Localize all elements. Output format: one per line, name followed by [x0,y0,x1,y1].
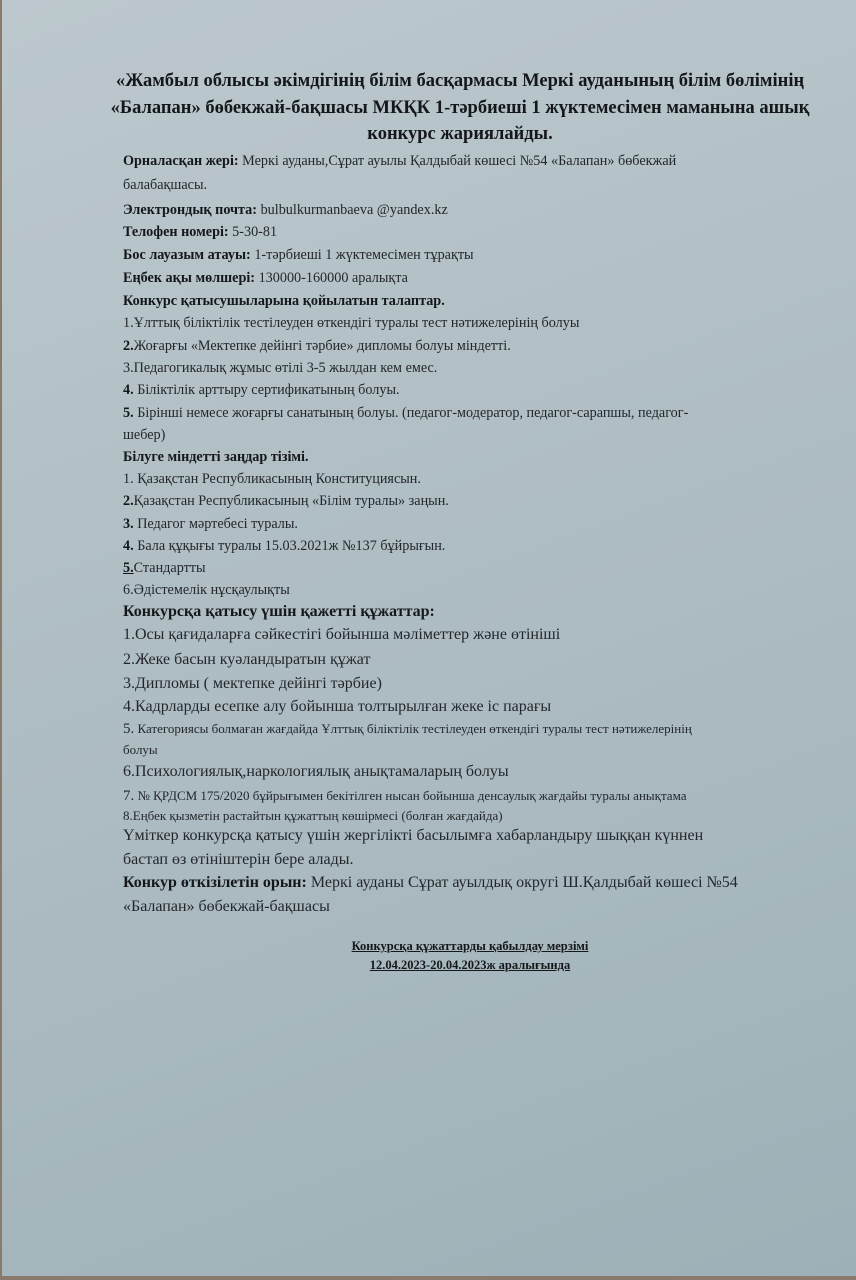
salary-label: Еңбек ақы мөлшері: [123,270,255,286]
position-label: Бос лауазым атауы: [123,247,251,263]
salary-line: Еңбек ақы мөлшері: 130000-160000 аралықт… [123,268,408,288]
law-item: 1. Қазақстан Республикасының Конституция… [123,469,421,489]
venue-line: Конкур өткізілетін орын: Меркі ауданы Сұ… [123,873,738,893]
requirement-item: 1.Ұлттық біліктілік тестілеуден өткендіг… [123,313,579,333]
document-item: 4.Кадрларды есепке алу бойынша толтырылғ… [123,697,551,717]
law-item: 4. Бала құқығы туралы 15.03.2021ж №137 б… [123,536,445,556]
title-line-2: «Балапан» бөбекжай-бақшасы МКҚК 1-тәрбие… [100,95,820,122]
location-value: Меркі ауданы,Сұрат ауылы Қалдыбай көшесі… [239,153,677,169]
document-title: «Жамбыл облысы әкімдігінің білім басқарм… [100,68,820,148]
phone-line: Телофен номері: 5-30-81 [123,222,277,242]
deadline-line-1: Конкурсқа құжаттарды қабылдау мерзімі [260,937,680,956]
law-item: 6.Әдістемелік нұсқаулықты [123,580,290,600]
document-item: 7. № ҚРДСМ 175/2020 бұйрығымен бекітілге… [123,786,686,806]
law-item: 5.Стандартты [123,558,206,578]
deadline-line-2: 12.04.2023-20.04.2023ж аралығында [260,956,680,975]
document-item: 1.Осы қағидаларға сәйкестігі бойынша мәл… [123,625,560,645]
document-item: 5. Категориясы болмаған жағдайда Ұлттық … [123,719,692,739]
phone-label: Телофен номері: [123,224,229,240]
document-item: 8.Еңбек қызметін растайтын құжаттың көші… [123,806,503,826]
requirement-item: 3.Педагогикалық жұмыс өтілі 3-5 жылдан к… [123,358,437,378]
law-item: 3. Педагог мәртебесі туралы. [123,514,298,534]
location-label: Орналасқан жері: [123,153,239,169]
venue-value: Меркі ауданы Сұрат ауылдық округі Ш.Қалд… [307,874,738,891]
deadline-block: Конкурсқа құжаттарды қабылдау мерзімі 12… [260,937,680,975]
note-line-2: бастап өз өтініштерін бере алады. [123,850,354,870]
venue-label: Конкур өткізілетін орын: [123,874,307,891]
position-value: 1-тәрбиеші 1 жүктемесімен тұрақты [251,247,474,263]
email-line: Электрондық почта: bulbulkurmanbaeva @ya… [123,200,448,220]
laws-heading: Білуге міндетті заңдар тізімі. [123,447,309,467]
location-line-cont: балабақшасы. [123,175,207,195]
documents-heading: Конкурсқа қатысу үшін қажетті құжаттар: [123,602,435,622]
document-item: 6.Психологиялық,наркологиялық анықтамала… [123,762,509,782]
salary-value: 130000-160000 аралықта [255,270,408,286]
position-line: Бос лауазым атауы: 1-тәрбиеші 1 жүктемес… [123,245,474,265]
title-line-1: «Жамбыл облысы әкімдігінің білім басқарм… [100,68,820,95]
email-label: Электрондық почта: [123,202,257,218]
requirement-item: 5. Бірінші немесе жоғарғы санатының болу… [123,403,688,423]
venue-line-cont: «Балапан» бөбекжай-бақшасы [123,897,330,917]
requirement-item: 4. Біліктілік арттыру сертификатының бол… [123,380,400,400]
phone-value: 5-30-81 [229,224,277,240]
location-line: Орналасқан жері: Меркі ауданы,Сұрат ауыл… [123,151,676,171]
title-line-3: конкурс жариялайды. [100,121,820,148]
requirements-heading: Конкурс қатысушыларына қойылатын талапта… [123,291,445,311]
law-item: 2.Қазақстан Республикасының «Білім турал… [123,491,449,511]
email-value: bulbulkurmanbaeva @yandex.kz [257,202,448,218]
note-line-1: Үміткер конкурсқа қатысу үшін жергілікті… [123,826,703,846]
document-item-cont: болуы [123,740,158,760]
document-item: 3.Дипломы ( мектепке дейінгі тәрбие) [123,674,382,694]
document-item: 2.Жеке басын куәландыратын құжат [123,650,370,670]
requirement-item: 2.Жоғарғы «Мектепке дейінгі тәрбие» дипл… [123,336,511,356]
requirement-item-cont: шебер) [123,425,165,445]
